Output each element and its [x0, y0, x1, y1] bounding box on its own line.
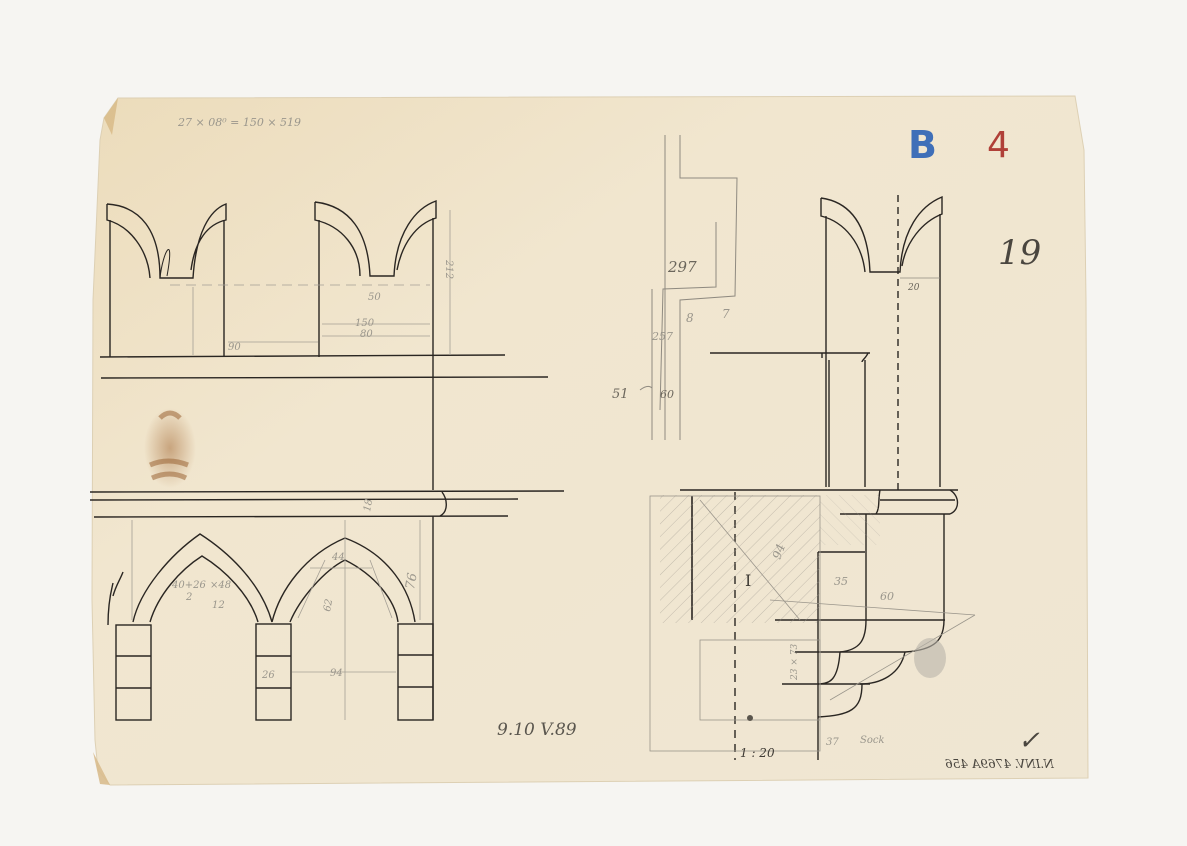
top-formula-note: 27 × 08⁰ = 150 × 519 — [178, 117, 301, 128]
scale-label: 1 : 20 — [740, 747, 775, 759]
dim-2: 2 — [185, 592, 192, 603]
inventory-number-mirrored: N.INV. 4769A 456 — [945, 758, 1054, 770]
stamp-number-4: 4 — [987, 128, 1010, 164]
roman-numeral-one: I — [745, 571, 751, 590]
inventory-number-text: N.INV. 4769A 456 — [945, 758, 1054, 770]
dim-7: 7 — [722, 307, 730, 321]
dim-51: 51 — [612, 387, 629, 402]
dim-90: 90 — [228, 342, 241, 353]
dim-60-right: 60 — [880, 590, 894, 603]
dim-20: 20 — [907, 283, 920, 293]
dim-76: 76 — [403, 572, 421, 591]
dim-150: 150 — [355, 318, 375, 329]
stamp-letter-b: B — [908, 126, 937, 164]
dim-62: 62 — [322, 598, 335, 612]
dim-8: 8 — [686, 311, 694, 325]
dim-18: 18 — [362, 498, 375, 512]
check-mark: ✓ — [1018, 728, 1040, 754]
dim-12: 12 — [212, 600, 225, 611]
dim-60: 60 — [660, 388, 674, 401]
dim-257: 257 — [651, 330, 673, 343]
dim-94: 94 — [330, 668, 343, 679]
dim-x48: ×48 — [210, 580, 231, 591]
paper — [92, 96, 1088, 785]
dim-sock: Sock — [860, 735, 885, 746]
sheet-number: 19 — [998, 236, 1041, 270]
dim-26: 26 — [261, 670, 275, 681]
date-note: 9.10 V.89 — [497, 722, 577, 739]
dim-50: 50 — [368, 292, 381, 303]
dim-44: 44 — [331, 552, 345, 563]
dim-80: 80 — [360, 329, 373, 340]
dim-212: 212 — [443, 259, 454, 279]
dim-23x73: 23 × 73 — [790, 644, 800, 681]
dim-35: 35 — [834, 575, 848, 588]
dim-40-26: 40+26 — [171, 580, 206, 591]
dim-297: 297 — [667, 258, 697, 276]
dim-37: 37 — [826, 737, 839, 748]
